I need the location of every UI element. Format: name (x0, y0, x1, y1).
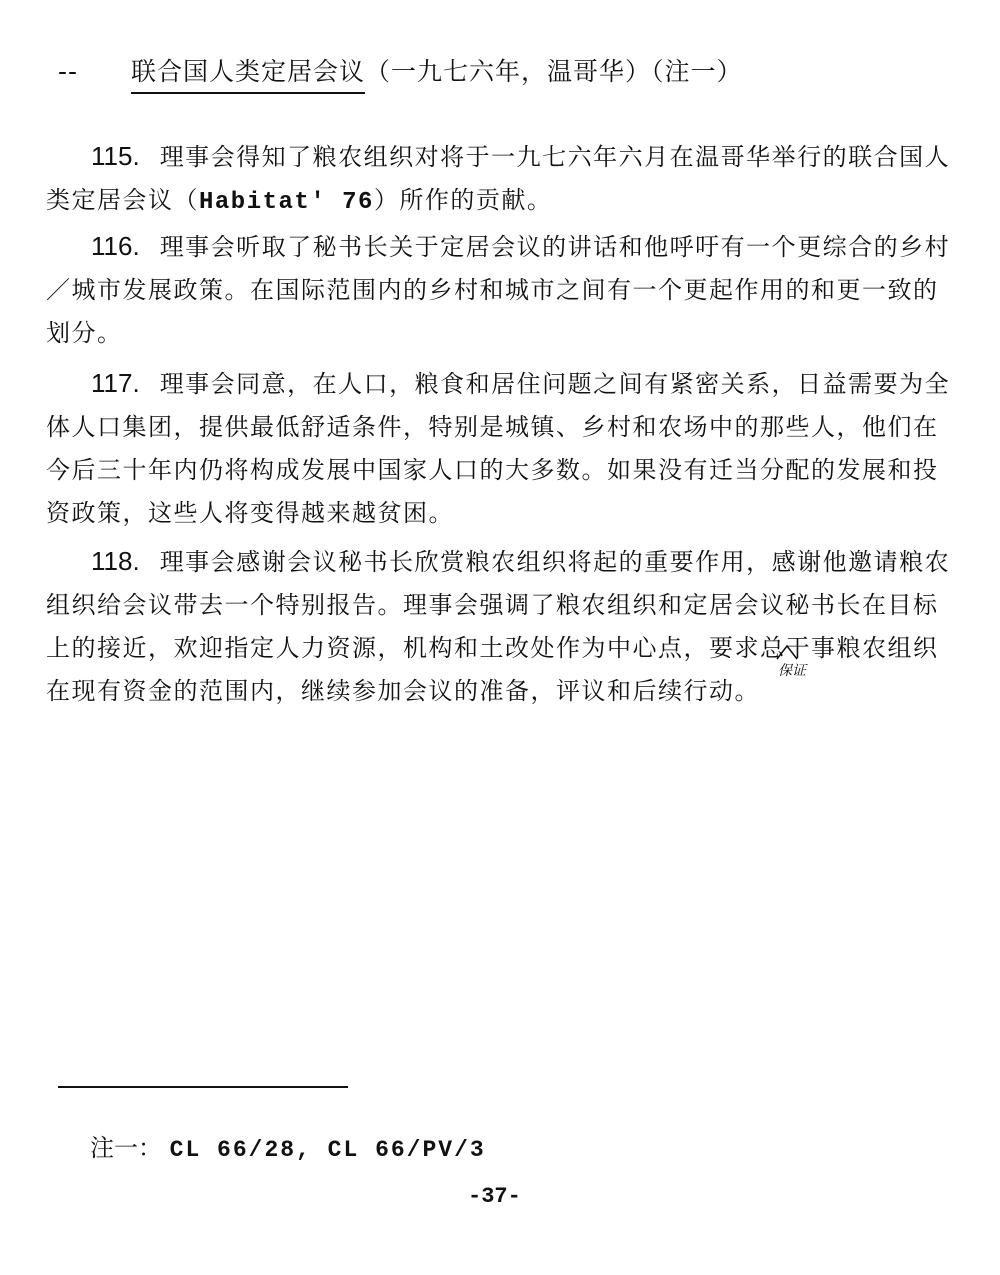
paragraph-115: 115.理事会得知了粮农组织对将于一九七六年六月在温哥华举行的联合国人类定居会议… (46, 135, 958, 224)
page-number: -37- (468, 1184, 521, 1209)
heading-title: 联合国人类定居会议 (131, 57, 365, 94)
handwritten-annotation: 保证 (778, 660, 806, 680)
footnote: 注一： CL 66/28, CL 66/PV/3 (90, 1128, 486, 1163)
paragraph-number: 115. (91, 141, 140, 171)
footnote-divider (58, 1086, 348, 1088)
paragraph-text: 理事会听取了秘书长关于定居会议的讲话和他呼吁有一个更综合的乡村／城市发展政策。在… (46, 233, 950, 347)
habitat-label: Habitat′ 76 (199, 189, 374, 216)
heading-dashes: -- (58, 57, 122, 86)
paragraph-number: 116. (91, 231, 140, 261)
paragraph-117: 117.理事会同意，在人口，粮食和居住问题之间有紧密关系，日益需要为全体人口集团… (46, 362, 958, 535)
paragraph-text: 理事会同意，在人口，粮食和居住问题之间有紧密关系，日益需要为全体人口集团，提供最… (46, 370, 950, 527)
footnote-label: 注一： (90, 1134, 162, 1162)
paragraph-number: 117. (91, 368, 140, 398)
insertion-caret-mark (775, 644, 799, 660)
paragraph-116: 116.理事会听取了秘书长关于定居会议的讲话和他呼吁有一个更综合的乡村／城市发展… (46, 225, 958, 355)
footnote-refs: CL 66/28, CL 66/PV/3 (170, 1137, 486, 1163)
paragraph-text: 理事会感谢会议秘书长欣赏粮农组织将起的重要作用，感谢他邀请粮农组织给会议带去一个… (46, 548, 950, 705)
paragraph-text-end: ）所作的贡献。 (374, 186, 553, 214)
section-heading: -- 联合国人类定居会议（一九七六年，温哥华）（注一） (58, 52, 742, 88)
paragraph-118: 118.理事会感谢会议秘书长欣赏粮农组织将起的重要作用，感谢他邀请粮农组织给会议… (46, 540, 958, 713)
heading-subtitle: （一九七六年，温哥华）（注一） (365, 57, 743, 86)
paragraph-number: 118. (91, 546, 140, 576)
